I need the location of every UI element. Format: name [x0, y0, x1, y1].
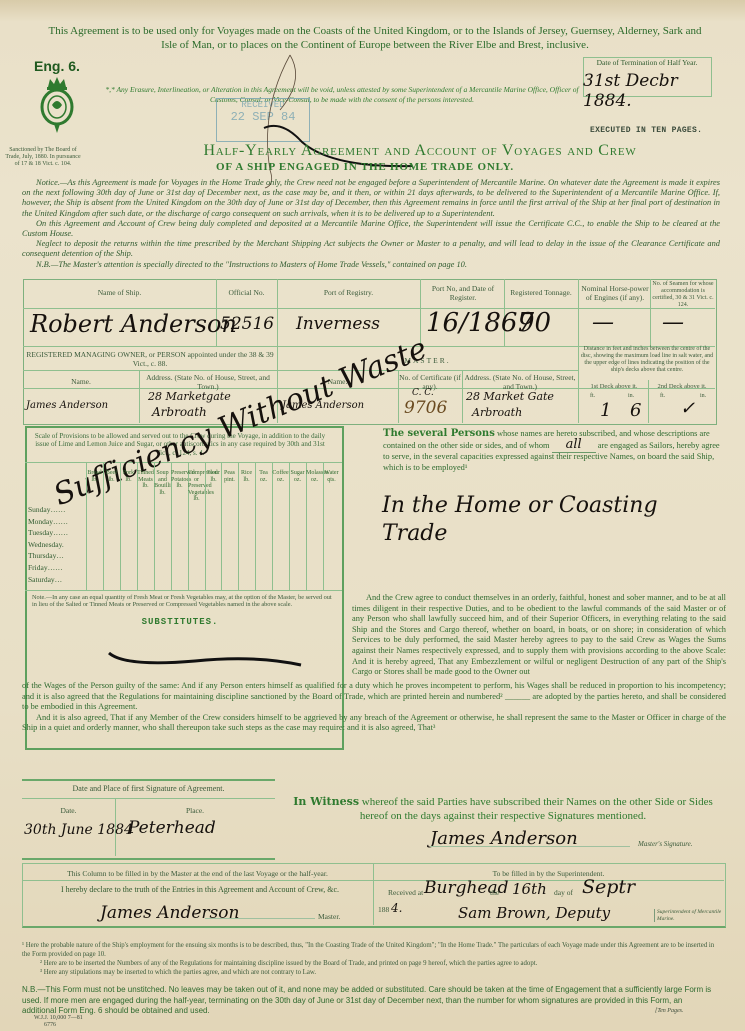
deck2-in-value: ✓ [680, 398, 695, 419]
notice-paragraph-3: Neglect to deposit the returns within th… [22, 239, 720, 259]
superintendent-sig-label: Superintendent of Mercantile Marine. [654, 909, 723, 922]
deck2-ft-label: ft. [660, 392, 665, 401]
header-port-no: Port No, and Date of Register. [424, 284, 502, 302]
horse-power-value: — [592, 310, 614, 335]
provisions-column-header: Water qts. [323, 470, 340, 483]
printer-imprint: W.J.J. 10,000 7—81 6776 [34, 1015, 83, 1029]
notice-paragraph-1: Notice.—As this Agreement is made for Vo… [22, 178, 720, 219]
provisions-column-header: Pork lb. [120, 470, 137, 483]
deck1-ft-label: ft. [590, 392, 595, 401]
footnote-3: ³ Here any stipulations may be inserted … [22, 968, 722, 977]
provisions-note: Note.—In any case an equal quantity of F… [32, 594, 332, 608]
received-month: Septr [582, 876, 635, 898]
provisions-column-header: Bread lb. [86, 470, 103, 483]
provisions-column-header: Coffee oz. [272, 470, 289, 483]
provisions-day-row: Tuesday…… [28, 528, 68, 537]
deck2-label: 2nd Deck above it. [650, 382, 714, 391]
master-cert-no: 9706 [404, 398, 447, 418]
master-address-line1: 28 Market Gate [466, 390, 554, 403]
provisions-column-header: Sugar oz. [289, 470, 306, 483]
deck1-in-value: 6 [630, 400, 641, 421]
notice-paragraph-4: N.B.—The Master's attention is specially… [22, 260, 720, 270]
footnote-2: ² Here are to be inserted the Numbers of… [22, 959, 722, 968]
owner-name-value: James Anderson [26, 400, 108, 411]
received-at-label: Received at [388, 888, 423, 897]
provisions-column-header: Compressed or Preserved Vegetables lb. [188, 470, 205, 503]
provisions-day-row: Wednesday. [28, 540, 64, 549]
deck1-label: 1st Deck above it. [580, 382, 648, 391]
owner-section-label: REGISTERED MANAGING OWNER, or PERSON app… [23, 350, 277, 368]
form-title: Half-Yearly Agreement and Account of Voy… [140, 142, 700, 160]
provisions-column-header: Preserved Potatoes lb. [171, 470, 188, 490]
owner-address-line1: 28 Marketgate [148, 390, 231, 403]
superintendent-label: To be filled in by the Superintendent. [373, 869, 724, 878]
termination-label: Date of Termination of Half Year. [588, 58, 706, 67]
provisions-column-header: Tinned Meats lb. [137, 470, 154, 490]
footnotes: ¹ Here the probable nature of the Ship's… [22, 941, 722, 977]
witness-clause: In Witness whereof the said Parties have… [288, 795, 718, 823]
several-persons-clause: The several Persons whose names are here… [383, 428, 725, 473]
sanction-note: Sanctioned by The Board of Trade, July, … [4, 147, 82, 168]
provisions-day-row: Saturday… [28, 575, 62, 584]
master-cert-prefix: C. C. [412, 388, 434, 398]
header-port-registry: Port of Registry. [277, 288, 420, 297]
first-signature-label: Date and Place of first Signature of Agr… [22, 784, 275, 793]
owner-address-line2: Arbroath [152, 405, 207, 419]
declaration-signature: James Anderson [100, 903, 239, 923]
notice-paragraph-2: On this Agreement and Account of Crew be… [22, 219, 720, 239]
master-signature-label: Master's Signature. [638, 840, 693, 848]
ship-name-value: Robert Anderson [30, 310, 237, 338]
header-official-no: Official No. [216, 288, 277, 297]
crew-agreement-continued: of the Wages of the Person guilty of the… [22, 681, 726, 734]
nb-footer: N.B.—This Form must not be unstitched. N… [22, 985, 712, 1017]
engaged-count-value: all [552, 437, 596, 453]
tonnage-value: 90 [518, 308, 551, 338]
owner-address-label: Address. (State No. of House, Street, an… [139, 373, 277, 391]
master-column-label: This Column to be filled in by the Maste… [22, 869, 373, 878]
declaration-text: I hereby declare to the truth of the Ent… [60, 885, 340, 895]
footnote-1: ¹ Here the probable nature of the Ship's… [22, 941, 722, 959]
employment-value: In the Home or Coasting Trade [382, 492, 722, 548]
erasure-warning: *,* Any Erasure, Interlineation, or Alte… [92, 85, 592, 105]
master-label: Master. [318, 912, 340, 921]
provisions-column-header: Molasses oz. [306, 470, 323, 483]
master-address-label: Address. (State No. of House, Street, an… [462, 373, 578, 391]
official-no-value: 52516 [220, 314, 274, 334]
header-seamen: No. of Seamen for whose accommodation is… [652, 281, 714, 309]
port-registry-value: Inverness [296, 314, 380, 334]
form-subtitle: OF A SHIP ENGAGED IN THE HOME TRADE ONLY… [150, 161, 580, 173]
superintendent-signature: Sam Brown, Deputy [458, 904, 610, 922]
owner-name-label: Name. [23, 377, 139, 386]
executed-note: EXECUTED IN TEN PAGES. [590, 126, 702, 135]
header-ship-name: Name of Ship. [23, 288, 216, 297]
provisions-column-header: Soup and Bouilli lb. [154, 470, 171, 496]
date-label: Date. [22, 806, 115, 815]
document-page: This Agreement is to be used only for Vo… [0, 0, 745, 1031]
day-of-label: day of [554, 888, 573, 897]
the-label: the [490, 888, 499, 897]
provisions-day-row: Monday…… [28, 517, 68, 526]
usage-note: This Agreement is to be used only for Vo… [40, 24, 710, 52]
royal-crest-icon [38, 75, 76, 137]
provisions-column-header: Rice lb. [238, 470, 255, 483]
crew-agreement-text: And the Crew agree to conduct themselves… [352, 593, 726, 678]
received-day: 16th [512, 880, 547, 898]
deck1-ft-value: 1 [600, 400, 611, 421]
first-signature-place: Peterhead [128, 818, 216, 838]
master-address-line2: Arbroath [472, 406, 522, 419]
deck2-in-label: in. [700, 392, 706, 401]
termination-value: 31st Decbr 1884. [583, 71, 723, 111]
year-suffix: 4. [391, 901, 402, 915]
header-horse-power: Nominal Horse-power of Engines (if any). [580, 284, 650, 302]
provisions-column-header: Tea oz. [255, 470, 272, 483]
provisions-column-header: Beef lb. [103, 470, 120, 483]
provisions-day-row: Sunday…… [28, 505, 66, 514]
ten-pages-note: [Ten Pages. [655, 1008, 683, 1014]
year-prefix: 188 [378, 905, 389, 914]
substitutes-dash-stroke [105, 645, 305, 675]
provisions-day-row: Friday…… [28, 563, 63, 572]
provisions-column-header: Peas pint. [221, 470, 238, 483]
load-line-label: Distance in feet and inches between the … [580, 346, 714, 374]
place-label: Place. [115, 806, 275, 815]
first-signature-date: 30th June 1884 [24, 822, 133, 838]
provisions-column-header: Flour lb. [205, 470, 222, 483]
header-tonnage: Registered Tonnage. [504, 288, 578, 297]
substitutes-label: SUBSTITUTES. [120, 617, 240, 627]
form-number: Eng. 6. [34, 58, 80, 74]
notice-block: Notice.—As this Agreement is made for Vo… [22, 178, 720, 270]
provisions-day-row: Thursday… [28, 551, 64, 560]
seamen-value: — [662, 310, 684, 335]
